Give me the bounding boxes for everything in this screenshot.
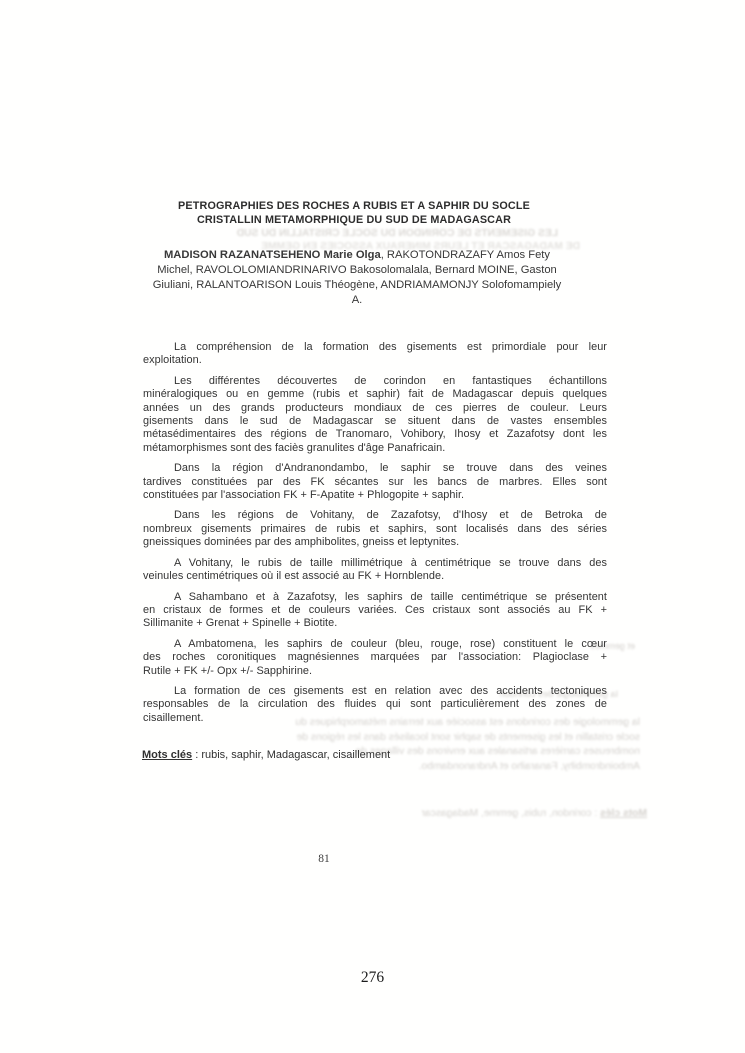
paragraph: Dans la région d'Andranondambo, le saphi… [143,462,607,502]
bleedthrough-keywords-line: Mots clés : corindon, rubis, gemme, Mada… [395,807,647,822]
paragraph-line: Sillimanite + Grenat + Spinelle + Biotit… [143,617,607,630]
paragraph-line: métamorphismes sont des faciès granulite… [143,442,607,455]
paragraph-line: années un des grands producteurs mondiau… [143,402,607,415]
paragraph: A Sahambano et à Zazafotsy, les saphirs … [143,591,607,631]
authors-line1-rest: , RAKOTONDRAZAFY Amos Fety [381,249,550,261]
paragraph-line: des roches coronitiques magnésiennes mar… [143,651,607,664]
paragraph-line: cisaillement. [143,712,607,725]
paragraph-line: tardives constituées par des FK sécantes… [143,476,607,489]
authors-line: MADISON RAZANATSEHENO Marie Olga, RAKOTO… [131,248,583,263]
bleedthrough-line: Amboindrombihy, Fanaraiho et Andranondam… [138,760,640,775]
paragraph-line: A Vohitany, le rubis de taille millimétr… [143,557,607,570]
paragraph: Dans les régions de Vohitany, de Zazafot… [143,509,607,549]
paragraph: A Ambatomena, les saphirs de couleur (bl… [143,638,607,678]
paragraph-line: minéralogiques ou en gemme (rubis et sap… [143,388,607,401]
paragraph-line: métasédimentaires des régions de Tranoma… [143,428,607,441]
paragraph-line: A Sahambano et à Zazafotsy, les saphirs … [143,591,607,604]
paragraph-line: gneissiques dominées par des amphibolite… [143,536,607,549]
paragraph: A Vohitany, le rubis de taille millimétr… [143,557,607,584]
bleedthrough-keywords-values: : corindon, rubis, gemme, Madagascar [422,808,601,819]
paragraph-line: exploitation. [143,354,607,367]
paragraph-line: constituées par l'association FK + F-Apa… [143,489,607,502]
paragraph-line: La compréhension de la formation des gis… [143,341,607,354]
paragraph: Les différentes découvertes de corindon … [143,375,607,455]
abstract-paragraphs: La compréhension de la formation des gis… [143,341,607,732]
paper-title: PETROGRAPHIES DES ROCHES A RUBIS ET A SA… [143,199,565,227]
paragraph: La compréhension de la formation des gis… [143,341,607,368]
scan-page-number: 81 [280,853,368,865]
bleedthrough-title-line: LES GISEMENTS DE CORINDON DU SOCLE CRIST… [170,227,558,242]
paragraph-line: Les différentes découvertes de corindon … [143,375,607,388]
document-page-number: 276 [0,969,745,987]
paper-title-line1: PETROGRAPHIES DES ROCHES A RUBIS ET A SA… [143,199,565,213]
paper-title-line2: CRISTALLIN METAMORPHIQUE DU SUD DE MADAG… [143,213,565,227]
authors-line: Giuliani, RALANTOARISON Louis Théogène, … [131,278,583,293]
authors-block: MADISON RAZANATSEHENO Marie Olga, RAKOTO… [131,248,583,308]
keywords-label: Mots clés [142,749,192,761]
keywords-line: Mots clés : rubis, saphir, Madagascar, c… [142,749,390,761]
paragraph-line: Rutile + FK +/- Opx +/- Sapphirine. [143,665,607,678]
bleedthrough-line: socle cristallin et les gisements de sap… [138,731,640,746]
paragraph-line: responsables de la circulation des fluid… [143,698,607,711]
authors-line: Michel, RAVOLOLOMIANDRINARIVO Bakosoloma… [131,263,583,278]
bleedthrough-keywords-label: Mots clés [600,808,647,819]
scanned-paper-page: LES GISEMENTS DE CORINDON DU SOCLE CRIST… [0,0,745,1053]
author-lead-name: MADISON RAZANATSEHENO Marie Olga [164,249,381,261]
paragraph-line: Dans les régions de Vohitany, de Zazafot… [143,509,607,522]
paragraph-line: A Ambatomena, les saphirs de couleur (bl… [143,638,607,651]
paragraph-line: en cristaux de formes et de couleurs var… [143,604,607,617]
paragraph-line: La formation de ces gisements est en rel… [143,685,607,698]
authors-line: A. [131,293,583,308]
paragraph-line: Dans la région d'Andranondambo, le saphi… [143,462,607,475]
keywords-separator: : [192,749,201,761]
paragraph-line: nombreux gisements primaires de rubis et… [143,523,607,536]
keywords-values: rubis, saphir, Madagascar, cisaillement [201,749,390,761]
paragraph-line: gisements dans le sud de Madagascar se s… [143,415,607,428]
paragraph: La formation de ces gisements est en rel… [143,685,607,725]
paragraph-line: veinules centimétriques où il est associ… [143,570,607,583]
